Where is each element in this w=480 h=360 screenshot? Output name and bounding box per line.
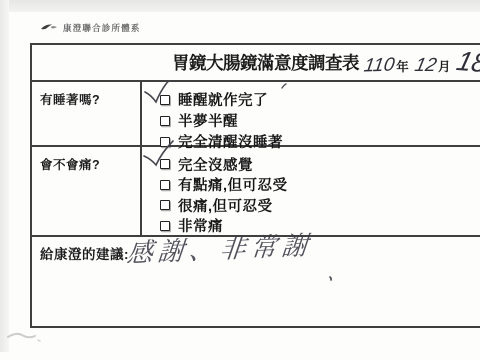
checkbox-icon xyxy=(160,137,170,147)
clinic-logo-icon xyxy=(40,23,58,33)
options-pain: 完全沒感覺 有點痛,但可忍受 很痛,但可忍受 非常痛 xyxy=(142,147,480,235)
checkbox-checked-icon xyxy=(160,95,170,105)
scan-edge-left xyxy=(0,0,9,352)
pencil-smudge xyxy=(8,334,35,337)
form-title: 胃鏡大腸鏡滿意度調查表 xyxy=(172,50,359,75)
suggestion-label: 給康澄的建議: xyxy=(40,247,129,262)
survey-table: 胃鏡大腸鏡滿意度調查表 110 年 12 月 18 有睡著嗎? 睡醒就作完了 半… xyxy=(30,43,480,328)
handwritten-day: 18 xyxy=(454,46,480,79)
question-label-sleep: 有睡著嗎? xyxy=(32,82,142,145)
month-unit-label: 月 xyxy=(438,57,451,75)
option-label: 有點痛,但可忍受 xyxy=(178,174,288,195)
clinic-name: 康澄聯合診所體系 xyxy=(63,22,141,34)
option-row: 很痛,但可忍受 xyxy=(160,195,480,216)
handwritten-year: 110 xyxy=(362,54,396,77)
option-label: 完全沒感覺 xyxy=(178,154,253,175)
question-label-pain: 會不會痛? xyxy=(32,147,142,235)
handwritten-response: 感謝、非常謝 xyxy=(125,225,314,270)
title-row: 胃鏡大腸鏡滿意度調查表 110 年 12 月 18 xyxy=(32,45,480,82)
checkbox-icon xyxy=(160,116,170,126)
option-label: 睡醒就作完了 xyxy=(178,89,268,110)
checkbox-icon xyxy=(160,200,170,210)
option-row: 半夢半醒 xyxy=(160,110,480,131)
option-row: 有點痛,但可忍受 xyxy=(160,175,480,196)
checkbox-icon xyxy=(160,180,170,190)
suggestion-row: 給康澄的建議: 感謝、非常謝 xyxy=(32,237,480,326)
scan-edge-top xyxy=(0,0,480,12)
year-unit-label: 年 xyxy=(396,57,409,75)
question-row-sleep: 有睡著嗎? 睡醒就作完了 半夢半醒 完全清醒沒睡著 xyxy=(32,82,480,147)
question-row-pain: 會不會痛? 完全沒感覺 有點痛,但可忍受 很痛,但可忍受 非常痛 xyxy=(32,147,480,237)
scanned-survey-form: { "org": { "name": "康澄聯合診所體系" }, "form":… xyxy=(0,0,480,360)
clinic-logo-row: 康澄聯合診所體系 xyxy=(40,22,141,34)
pencil-dot xyxy=(38,340,40,341)
options-sleep: 睡醒就作完了 半夢半醒 完全清醒沒睡著 xyxy=(142,82,480,145)
handwritten-month: 12 xyxy=(412,55,438,77)
option-label: 半夢半醒 xyxy=(178,110,238,131)
checkbox-checked-icon xyxy=(160,159,170,169)
option-row: 完全沒感覺 xyxy=(160,154,480,175)
option-row: 睡醒就作完了 xyxy=(160,89,480,110)
date-field: 110 年 12 月 18 xyxy=(364,47,480,78)
option-label: 很痛,但可忍受 xyxy=(178,195,273,216)
checkbox-icon xyxy=(160,221,170,231)
